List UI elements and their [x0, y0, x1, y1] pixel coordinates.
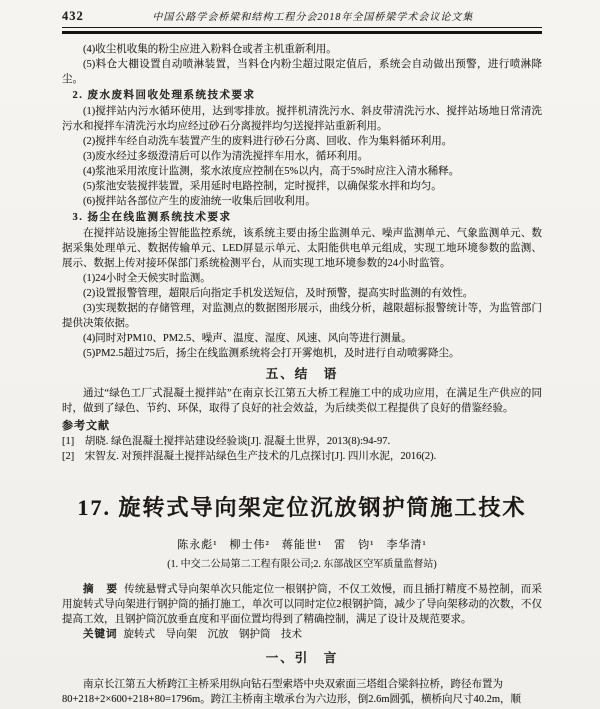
list-item: (5)料仓大棚设置自动喷淋装置，当料仓内粉尘超过限定值后，系统会自动做出预警，进… — [62, 57, 542, 87]
journal-title: 中国公路学会桥梁和结构工程分会2018年全国桥梁学术会议论文集 — [84, 8, 542, 23]
conclusion-heading: 五、结 语 — [62, 367, 542, 382]
list-item: (6)搅拌站各部位产生的废油统一收集后回收利用。 — [62, 194, 542, 209]
reference-item: [2] 宋智友. 对预拌混凝土搅拌站绿色生产技术的几点探讨[J]. 四川水泥，2… — [62, 449, 542, 464]
page-number: 432 — [62, 9, 84, 24]
list-item: (3)实现数据的存储管理，对监测点的数据图形展示，曲线分析，越限超标报警统计等，… — [62, 301, 542, 331]
keywords-text: 旋转式 导向架 沉放 钢护筒 技术 — [124, 629, 303, 640]
references-heading: 参考文献 — [62, 419, 542, 434]
section-heading-dust-monitoring: 3. 扬尘在线监测系统技术要求 — [62, 210, 542, 225]
abstract-text: 传统悬臂式导向架单次只能定位一根钢护筒，不仅工效慢，而且插打精度不易控制，而采用… — [62, 584, 542, 625]
abstract-paragraph: 摘 要传统悬臂式导向架单次只能定位一根钢护筒，不仅工效慢，而且插打精度不易控制，… — [62, 582, 542, 627]
reference-item: [1] 胡晓. 绿色混凝土搅拌站建设经验谈[J]. 混凝土世界，2013(8):… — [62, 434, 542, 449]
header-rule — [62, 27, 542, 34]
section-heading-wastewater: 2. 废水废料回收处理系统技术要求 — [62, 88, 542, 103]
list-item: (5)浆池安装搅拌装置，采用延时电路控制，定时搅拌，以确保浆水拌和均匀。 — [62, 179, 542, 194]
keywords-label: 关键词 — [83, 629, 118, 640]
list-item: (1)24小时全天候实时监测。 — [62, 271, 542, 286]
prev-article-body: (4)收尘机收集的粉尘应进入粉料仓或者主机重新利用。 (5)料仓大棚设置自动喷淋… — [62, 42, 542, 464]
list-item: (1)搅拌站内污水循环使用，达到零排放。搅拌机清洗污水、斜皮带清洗污水、搅拌站场… — [62, 104, 542, 134]
list-item: (2)搅拌车经自动洗车装置产生的废料进行砂石分离、回收、作为集料循环利用。 — [62, 134, 542, 149]
list-item: (4)浆池采用浓度计监测，浆水浓度应控制在5%以内，高于5%时应注入清水稀释。 — [62, 164, 542, 179]
paragraph: 在搅拌站设施扬尘智能监控系统，该系统主要由扬尘监测单元、噪声监测单元、气象监测单… — [62, 226, 542, 271]
conclusion-paragraph: 通过“绿色工厂式混凝土搅拌站”在南京长江第五大桥工程施工中的成功应用，在满足生产… — [62, 386, 542, 416]
abstract-label: 摘 要 — [83, 584, 118, 595]
article-title: 17. 旋转式导向架定位沉放钢护筒施工技术 — [62, 491, 542, 522]
introduction-paragraph: 南京长江第五大桥跨江主桥采用纵向钻石型索塔中央双索面三塔组合梁斜拉桥，跨径布置为… — [62, 677, 542, 708]
author-line: 陈永彪¹ 柳士伟² 蒋能世¹ 雷 钧¹ 李华清¹ — [62, 536, 542, 552]
introduction-heading: 一、引 言 — [62, 648, 542, 666]
page-header: 432 中国公路学会桥梁和结构工程分会2018年全国桥梁学术会议论文集 — [62, 8, 542, 24]
list-item: (4)收尘机收集的粉尘应进入粉料仓或者主机重新利用。 — [62, 42, 542, 57]
document-page: 432 中国公路学会桥梁和结构工程分会2018年全国桥梁学术会议论文集 (4)收… — [0, 0, 600, 709]
keywords-line: 关键词旋转式 导向架 沉放 钢护筒 技术 — [62, 627, 542, 642]
list-item: (5)PM2.5超过75后，扬尘在线监测系统将会打开雾炮机，及时进行自动喷雾降尘… — [62, 346, 542, 361]
affiliation-line: (1. 中交二公局第二工程有限公司;2. 东部战区空军质量监督站) — [62, 555, 542, 570]
list-item: (2)设置报警管理，超限后向指定手机发送短信，及时预警，提高实时监测的有效性。 — [62, 286, 542, 301]
list-item: (3)废水经过多级澄清后可以作为清洗搅拌车用水，循环利用。 — [62, 149, 542, 164]
list-item: (4)同时对PM10、PM2.5、噪声、温度、湿度、风速、风向等进行测量。 — [62, 331, 542, 346]
